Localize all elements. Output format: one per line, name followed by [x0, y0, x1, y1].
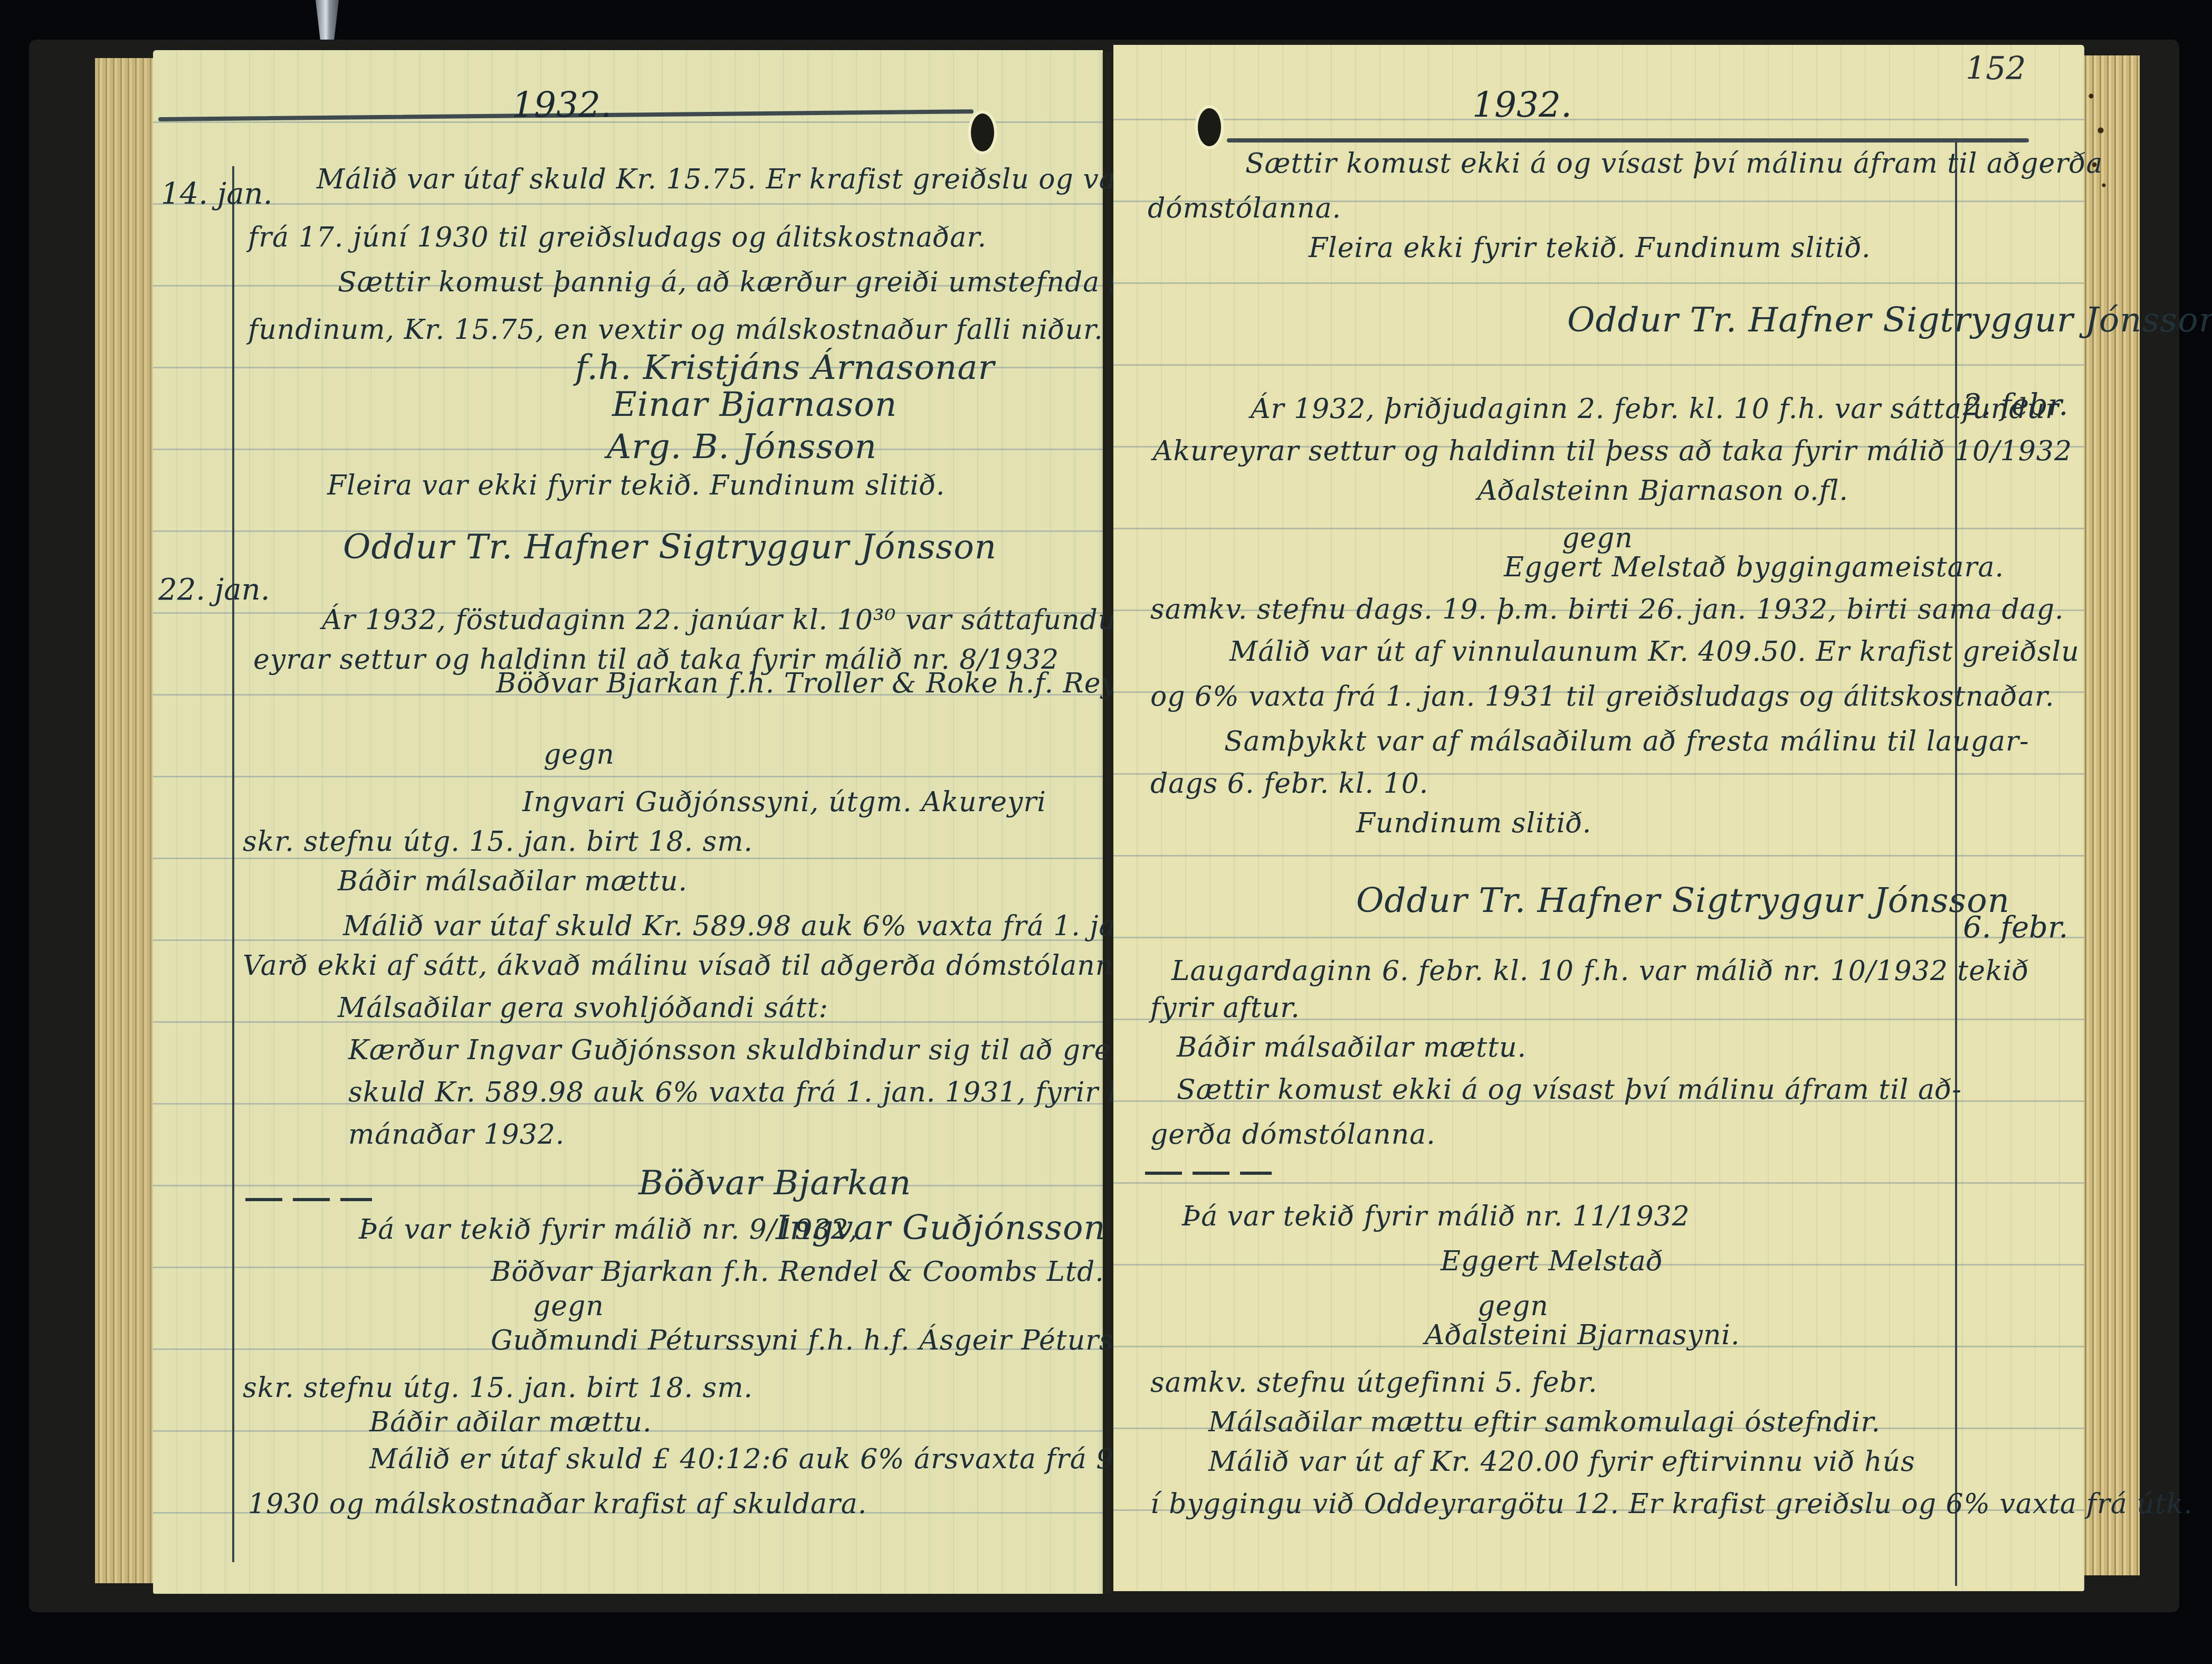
text-line: gegn — [544, 739, 615, 771]
separator-dash — [1145, 1172, 1272, 1175]
text-line: Böðvar Bjarkan f.h. Troller & Roke h.f. … — [496, 668, 1203, 699]
text-line: dómstólanna. — [1148, 193, 1341, 224]
text-line: Fundinum slitið. — [1356, 807, 1591, 839]
signature: Arg. B. Jónsson — [607, 427, 877, 467]
text-line: Aðalsteinn Bjarnason o.fl. — [1477, 475, 1848, 507]
text-line: Málið var út af Kr. 420.00 fyrir eftirvi… — [1208, 1446, 1915, 1478]
punch-hole-right — [1198, 108, 1221, 146]
text-line: Báðir málsaðilar mættu. — [338, 866, 688, 897]
margin-rule-left — [232, 166, 234, 1562]
text-line: Akureyrar settur og haldinn til þess að … — [1153, 435, 2072, 467]
year-header-left: 1932. — [512, 84, 612, 125]
text-line: gerða dómstólanna. — [1150, 1119, 1436, 1150]
text-line: Fleira ekki fyrir tekið. Fundinum slitið… — [1309, 232, 1871, 264]
text-line: dags 6. febr. kl. 10. — [1150, 768, 1428, 800]
text-line: fyrir aftur. — [1150, 992, 1300, 1024]
margin-date: 14. jan. — [161, 177, 272, 211]
text-line: Þá var tekið fyrir málið nr. 9/1932, — [359, 1214, 858, 1245]
text-line: Málsaðilar mættu eftir samkomulagi óstef… — [1208, 1406, 1881, 1438]
text-line: skuld Kr. 589.98 auk 6% vaxta frá 1. jan… — [348, 1077, 1225, 1108]
text-line: samkv. stefnu dags. 19. þ.m. birti 26. j… — [1150, 594, 2064, 625]
text-line: Samþykkt var af málsaðilum að fresta mál… — [1224, 726, 2029, 757]
text-line: gegn — [533, 1290, 604, 1322]
text-line: Þá var tekið fyrir málið nr. 11/1932 — [1182, 1201, 1690, 1232]
signature: Oddur Tr. Hafner Sigtryggur Jónsson — [1356, 881, 2010, 920]
text-line: 1930 og málskostnaðar krafist af skuldar… — [248, 1488, 867, 1520]
signature: Einar Bjarnason — [612, 385, 897, 424]
text-line: Báðir málsaðilar mættu. — [1177, 1032, 1527, 1063]
text-line: Báðir aðilar mættu. — [369, 1406, 652, 1438]
right-page — [1113, 45, 2084, 1591]
text-line: Aðalsteini Bjarnasyni. — [1425, 1319, 1740, 1351]
margin-date: 22. jan. — [158, 573, 270, 607]
text-line: Málið var útaf skuld Kr. 15.75. Er krafi… — [317, 164, 1214, 195]
text-line: Málið var út af vinnulaunum Kr. 409.50. … — [1229, 636, 2080, 668]
text-line: mánaðar 1932. — [348, 1119, 565, 1150]
text-line: gegn — [1477, 1290, 1549, 1322]
text-line: Sættir komust ekki á og vísast því málin… — [1245, 148, 2103, 179]
text-line: Málsaðilar gera svohljóðandi sátt: — [338, 992, 828, 1024]
text-line: Sættir komust ekki á og vísast því málin… — [1177, 1074, 1962, 1106]
text-line: fundinum, Kr. 15.75, en vextir og málsko… — [248, 314, 1103, 346]
text-line: Eggert Melstað — [1441, 1245, 1663, 1277]
right-page-edges — [2082, 55, 2140, 1575]
text-line: skr. stefnu útg. 15. jan. birt 18. sm. — [243, 826, 753, 858]
text-line: Eggert Melstað byggingameistara. — [1504, 552, 2004, 583]
text-line: Ingvari Guðjónssyni, útgm. Akureyri — [522, 786, 1046, 818]
text-line: Ár 1932, föstudaginn 22. janúar kl. 10³⁰… — [322, 604, 1218, 636]
text-line: Ár 1932, þriðjudaginn 2. febr. kl. 10 f.… — [1251, 393, 2059, 425]
signature: Böðvar Bjarkan — [638, 1164, 911, 1203]
punch-hole-left — [971, 113, 994, 151]
text-line: gegn — [1562, 522, 1633, 554]
text-line: samkv. stefnu útgefinni 5. febr. — [1150, 1367, 1597, 1399]
text-line: Sættir komust þannig á, að kærður greiði… — [338, 267, 1205, 298]
left-page-edges — [95, 58, 156, 1583]
signature: f.h. Kristjáns Árnasonar — [575, 348, 995, 387]
text-line: í byggingu við Oddeyrargötu 12. Er krafi… — [1150, 1488, 2193, 1520]
text-line: frá 17. júní 1930 til greiðsludags og ál… — [248, 222, 987, 253]
page-number: 152 — [1966, 50, 2026, 87]
text-line: skr. stefnu útg. 15. jan. birt 18. sm. — [243, 1372, 753, 1404]
margin-rule-right — [1955, 142, 1957, 1586]
text-line: og 6% vaxta frá 1. jan. 1931 til greiðsl… — [1150, 681, 2055, 712]
separator-dash — [245, 1198, 372, 1201]
signature: Oddur Tr. Hafner Sigtryggur Jónsson — [1567, 301, 2212, 340]
text-line: Málið er útaf skuld £ 40:12:6 auk 6% árs… — [369, 1443, 1198, 1475]
year-header-right: 1932. — [1472, 84, 1572, 125]
header-rule-right — [1227, 138, 2029, 142]
text-line: Fleira var ekki fyrir tekið. Fundinum sl… — [327, 470, 945, 501]
text-line: Laugardaginn 6. febr. kl. 10 f.h. var má… — [1171, 955, 2029, 987]
signature: Oddur Tr. Hafner Sigtryggur Jónsson — [343, 528, 997, 567]
foxing-stains — [2082, 69, 2113, 206]
text-line: Varð ekki af sátt, ákvað málinu vísað ti… — [243, 950, 1140, 982]
